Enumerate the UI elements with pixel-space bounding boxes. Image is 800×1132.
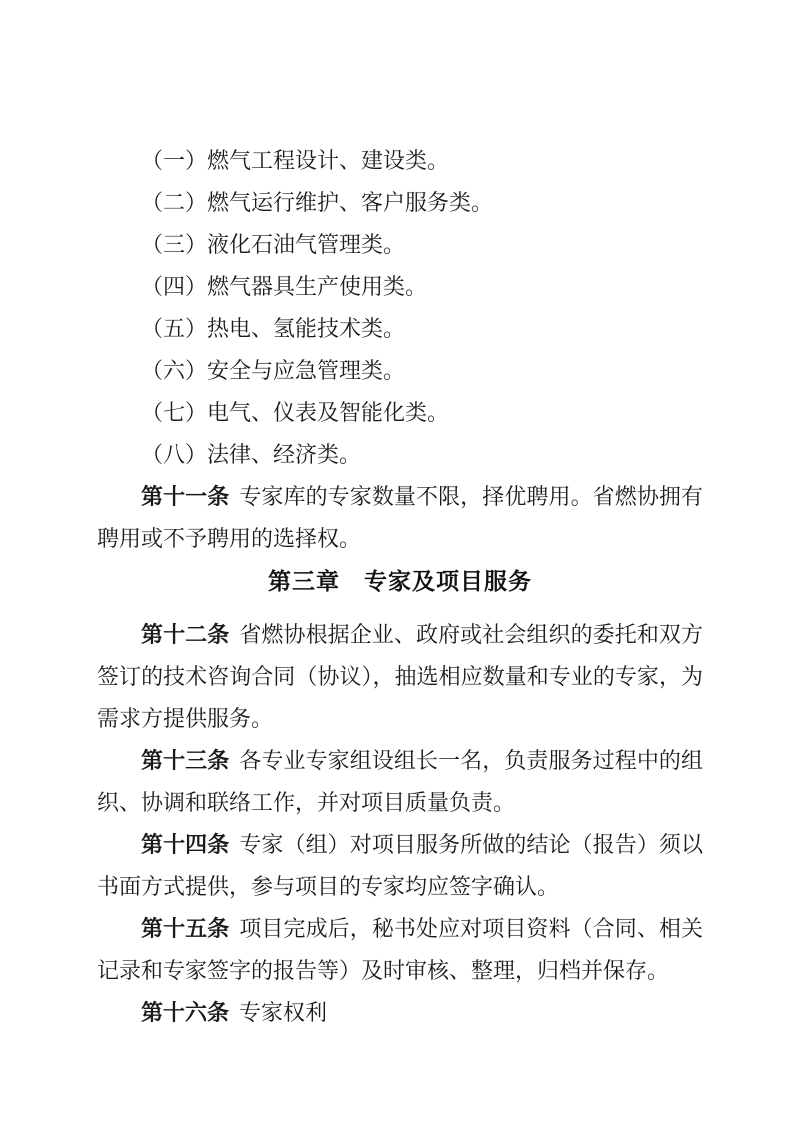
category-item-7: （七）电气、仪表及智能化类。: [97, 392, 703, 434]
article-15-number: 第十五条: [141, 916, 229, 941]
article-16-number: 第十六条: [141, 1000, 229, 1025]
document-page: （一）燃气工程设计、建设类。 （二）燃气运行维护、客户服务类。 （三）液化石油气…: [0, 0, 800, 1132]
article-11-paragraph: 第十一条专家库的专家数量不限，择优聘用。省燃协拥有聘用或不予聘用的选择权。: [97, 476, 703, 560]
article-11-number: 第十一条: [141, 484, 229, 509]
article-15-paragraph: 第十五条项目完成后，秘书处应对项目资料（合同、相关记录和专家签字的报告等）及时审…: [97, 908, 703, 992]
category-item-6: （六）安全与应急管理类。: [97, 350, 703, 392]
article-14-number: 第十四条: [141, 832, 229, 857]
category-item-3: （三）液化石油气管理类。: [97, 224, 703, 266]
article-13-paragraph: 第十三条各专业专家组设组长一名，负责服务过程中的组织、协调和联络工作，并对项目质…: [97, 740, 703, 824]
category-item-2: （二）燃气运行维护、客户服务类。: [97, 182, 703, 224]
category-item-1: （一）燃气工程设计、建设类。: [97, 140, 703, 182]
article-14-paragraph: 第十四条专家（组）对项目服务所做的结论（报告）须以书面方式提供，参与项目的专家均…: [97, 824, 703, 908]
article-16-paragraph: 第十六条专家权利: [97, 992, 703, 1034]
category-item-5: （五）热电、氢能技术类。: [97, 308, 703, 350]
category-item-8: （八）法律、经济类。: [97, 434, 703, 476]
article-12-paragraph: 第十二条省燃协根据企业、政府或社会组织的委托和双方签订的技术咨询合同（协议），抽…: [97, 614, 703, 740]
chapter-heading: 第三章 专家及项目服务: [97, 560, 703, 602]
article-16-body: 专家权利: [239, 1000, 327, 1025]
article-13-number: 第十三条: [141, 748, 229, 773]
article-12-number: 第十二条: [141, 622, 229, 647]
category-item-4: （四）燃气器具生产使用类。: [97, 266, 703, 308]
